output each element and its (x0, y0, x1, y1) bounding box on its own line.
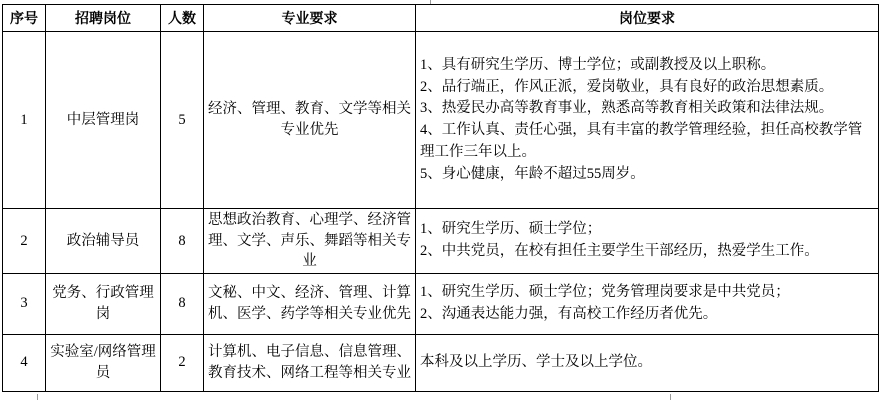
recruitment-table-page: 序号 招聘岗位 人数 专业要求 岗位要求 1 中层管理岗 5 经济、管理、教育、… (0, 0, 881, 400)
requirement-line: 1、研究生学历、硕士学位；党务管理岗要求是中共党员； (420, 282, 874, 304)
cell-requirement: 1、研究生学历、硕士学位； 2、中共党员，在校有担任主要学生干部经历，热爱学生工… (416, 209, 879, 274)
requirement-line: 2、品行端正，作风正派，爱岗敬业，具有良好的政治思想素质。 (420, 77, 874, 99)
requirement-line: 1、具有研究生学历、博士学位；或副教授及以上职称。 (420, 55, 874, 77)
requirement-line: 2、沟通表达能力强，有高校工作经历者优先。 (420, 304, 874, 326)
cell-major: 计算机、电子信息、信息管理、教育技术、网络工程等相关专业 (204, 334, 416, 391)
cell-position: 政治辅导员 (46, 209, 161, 274)
cell-major: 思想政治教育、心理学、经济管理、文学、声乐、舞蹈等相关专业 (204, 209, 416, 274)
table-row: 2 政治辅导员 8 思想政治教育、心理学、经济管理、文学、声乐、舞蹈等相关专业 … (3, 209, 879, 274)
cell-no: 3 (3, 273, 46, 334)
header-no: 序号 (3, 5, 46, 32)
header-major: 专业要求 (204, 5, 416, 32)
cell-requirement: 1、具有研究生学历、博士学位；或副教授及以上职称。 2、品行端正，作风正派，爱岗… (416, 32, 879, 209)
cell-no: 4 (3, 334, 46, 391)
table-row: 4 实验室/网络管理员 2 计算机、电子信息、信息管理、教育技术、网络工程等相关… (3, 334, 879, 391)
recruitment-table: 序号 招聘岗位 人数 专业要求 岗位要求 1 中层管理岗 5 经济、管理、教育、… (2, 4, 879, 392)
cell-major: 文秘、中文、经济、管理、计算机、医学、药学等相关专业优先 (204, 273, 416, 334)
header-requirement: 岗位要求 (416, 5, 879, 32)
cell-count: 5 (161, 32, 204, 209)
cell-count: 8 (161, 209, 204, 274)
requirement-line: 本科及以上学历、学士及以上学位。 (420, 352, 874, 374)
cell-position: 实验室/网络管理员 (46, 334, 161, 391)
requirement-line: 5、身心健康，年龄不超过55周岁。 (420, 164, 874, 186)
header-count: 人数 (161, 5, 204, 32)
cropped-row-divider (430, 0, 431, 4)
cell-requirement: 1、研究生学历、硕士学位；党务管理岗要求是中共党员； 2、沟通表达能力强，有高校… (416, 273, 879, 334)
cell-position: 党务、行政管理岗 (46, 273, 161, 334)
requirement-line: 3、热爱民办高等教育事业，熟悉高等教育相关政策和法律法规。 (420, 98, 874, 120)
cell-major: 经济、管理、教育、文学等相关专业优先 (204, 32, 416, 209)
cell-position: 中层管理岗 (46, 32, 161, 209)
requirement-line: 1、研究生学历、硕士学位； (420, 219, 874, 241)
requirement-line: 4、工作认真、责任心强，具有丰富的教学管理经验，担任高校教学管理工作三年以上。 (420, 120, 874, 164)
header-position: 招聘岗位 (46, 5, 161, 32)
cell-requirement: 本科及以上学历、学士及以上学位。 (416, 334, 879, 391)
cell-count: 2 (161, 334, 204, 391)
table-row: 3 党务、行政管理岗 8 文秘、中文、经济、管理、计算机、医学、药学等相关专业优… (3, 273, 879, 334)
cropped-row-divider (670, 394, 671, 400)
requirement-line: 2、中共党员，在校有担任主要学生干部经历，热爱学生工作。 (420, 241, 874, 263)
cell-no: 2 (3, 209, 46, 274)
header-row: 序号 招聘岗位 人数 专业要求 岗位要求 (3, 5, 879, 32)
cell-no: 1 (3, 32, 46, 209)
cropped-row-divider (37, 394, 38, 400)
table-row: 1 中层管理岗 5 经济、管理、教育、文学等相关专业优先 1、具有研究生学历、博… (3, 32, 879, 209)
cell-count: 8 (161, 273, 204, 334)
